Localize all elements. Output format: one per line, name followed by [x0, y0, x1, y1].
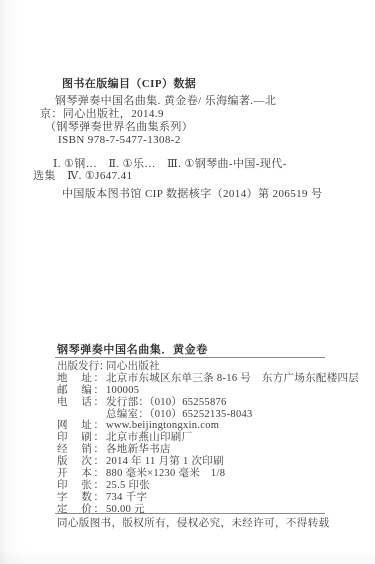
row-label: 开 本： — [57, 468, 104, 480]
row-label: 出版发行： — [57, 361, 104, 373]
row-label: 版 次： — [57, 456, 104, 468]
row-label: 电 话： — [57, 397, 104, 409]
cip-publisher-line: 京：同心出版社，2014.9 — [40, 108, 164, 121]
row-value: 北京市燕山印刷厂 — [106, 432, 192, 443]
row-value: www.beijingtongxin.com — [106, 420, 219, 431]
colophon-row-postcode: 邮 编：100005 — [57, 385, 357, 397]
copyright-notice: 同心版图书，版权所有，侵权必究，未经许可，不得转载 — [57, 517, 330, 530]
colophon-row-address: 地 址：北京市东城区东单三条 8-16 号 东方广场东配楼四层 — [57, 373, 357, 385]
row-value: 发行部：（010）65255876 — [106, 397, 227, 408]
row-value: 各地新华书店 — [106, 444, 171, 455]
cip-classification-line-2: 选集 Ⅳ. ①J647.41 — [33, 170, 132, 183]
cip-series-line: （钢琴弹奏世界名曲集系列） — [45, 121, 193, 134]
colophon-row-edition: 版 次：2014 年 11 月第 1 次印刷 — [57, 456, 357, 468]
row-value: 2014 年 11 月第 1 次印刷 — [106, 456, 224, 467]
colophon-row-distributor: 经 销：各地新华书店 — [57, 444, 357, 456]
row-label: 字 数： — [57, 492, 104, 504]
book-copyright-page: 图书在版编目（CIP）数据 钢琴弹奏中国名曲集. 黄金卷/ 乐海编著.—北 京：… — [0, 0, 375, 564]
colophon-row-wordcount: 字 数：734 千字 — [57, 492, 357, 504]
colophon-row-phone: 电 话：发行部：（010）65255876 — [57, 397, 357, 409]
colophon-row-website: 网 址：www.beijingtongxin.com — [57, 420, 357, 432]
row-label: 邮 编： — [57, 385, 104, 397]
colophon-row-format: 开 本：880 毫米×1230 毫米 1/8 — [57, 468, 357, 480]
cip-heading: 图书在版编目（CIP）数据 — [62, 78, 196, 91]
row-value: 北京市东城区东单三条 8-16 号 东方广场东配楼四层 — [106, 373, 359, 384]
divider-top — [55, 357, 325, 358]
row-label: 印 刷： — [57, 432, 104, 444]
cip-catalog-number-line: 中国版本图书馆 CIP 数据核字（2014）第 206519 号 — [62, 188, 323, 201]
colophon-rows: 出版发行：同心出版社 地 址：北京市东城区东单三条 8-16 号 东方广场东配楼… — [57, 361, 357, 516]
colophon-row-sheets: 印 张：25.5 印张 — [57, 480, 357, 492]
colophon-row-phone-editorial: 总编室：（010）65252135-8043 — [57, 409, 357, 421]
row-value: 734 千字 — [106, 492, 147, 503]
cip-isbn-line: ISBN 978-7-5477-1308-2 — [58, 134, 181, 147]
row-value: 同心出版社 — [106, 361, 160, 372]
row-label: 地 址： — [57, 373, 104, 385]
row-value: 100005 — [106, 385, 139, 396]
divider-bottom — [55, 513, 325, 514]
cip-title-line: 钢琴弹奏中国名曲集. 黄金卷/ 乐海编著.—北 — [55, 95, 276, 108]
row-label: 网 址： — [57, 420, 104, 432]
row-value: 880 毫米×1230 毫米 1/8 — [106, 468, 225, 479]
colophon-row-publisher: 出版发行：同心出版社 — [57, 361, 357, 373]
colophon-book-title: 钢琴弹奏中国名曲集．黄金卷 — [57, 344, 208, 357]
colophon-row-printer: 印 刷：北京市燕山印刷厂 — [57, 432, 357, 444]
row-value: 总编室：（010）65252135-8043 — [106, 409, 253, 420]
row-value: 25.5 印张 — [106, 480, 150, 491]
row-label: 印 张： — [57, 480, 104, 492]
row-label: 经 销： — [57, 444, 104, 456]
